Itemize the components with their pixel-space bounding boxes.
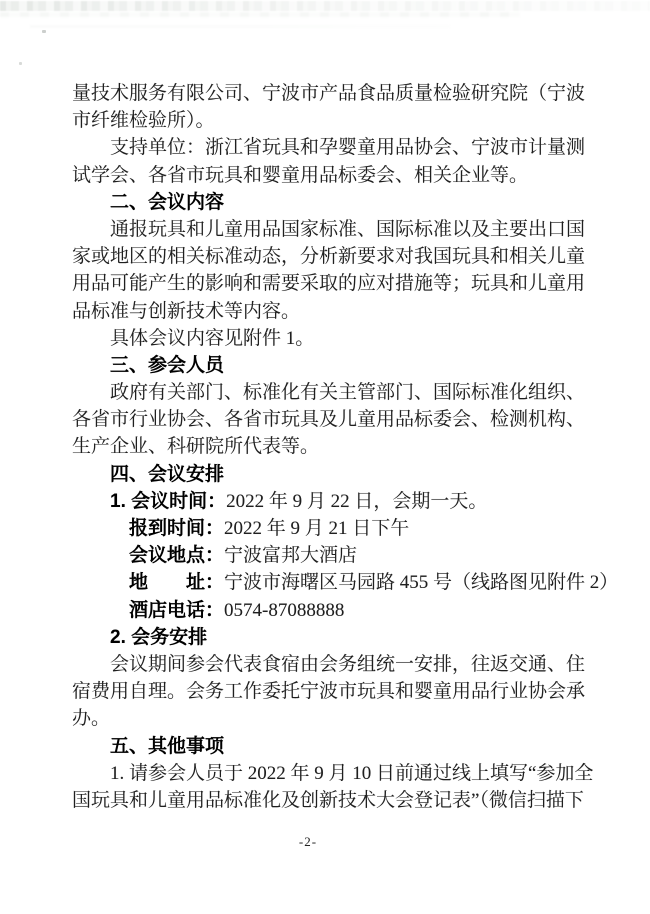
para-supporting-units: 试学会、各省市玩具和婴童用品标委会、相关企业等。 — [72, 162, 588, 189]
scan-artifact-band — [30, 25, 450, 28]
text: 1. 请参会人员于 2022 年 9 月 10 日前通过线上填写“参加全 — [110, 763, 593, 784]
field-label: 报到时间： — [129, 518, 224, 539]
heading-section-5-other-matters: 五、其他事项 — [72, 733, 588, 760]
text: 具体会议内容见附件 1。 — [110, 328, 314, 349]
text: 品标准与创新技术等内容。 — [72, 301, 300, 322]
text: 生产企业、科研院所代表等。 — [72, 436, 319, 457]
section-heading-text: 二、会议内容 — [110, 192, 224, 213]
line-address: 地 址：宁波市海曙区马园路 455 号（线路图见附件 2） — [72, 569, 588, 596]
para-meeting-content: 家或地区的相关标准动态，分析新要求对我国玩具和相关儿童 — [72, 243, 588, 270]
heading-conference-affairs: 2. 会务安排 — [72, 624, 588, 651]
section-heading-text: 三、参会人员 — [110, 355, 224, 376]
scan-speck — [42, 30, 46, 33]
section-heading-text: 五、其他事项 — [110, 736, 224, 757]
text: 支持单位：浙江省玩具和孕婴童用品协会、宁波市计量测 — [110, 137, 585, 158]
para-meeting-content: 通报玩具和儿童用品国家标准、国际标准以及主要出口国 — [72, 216, 588, 243]
para-organizers-continued: 市纤维检验所）。 — [72, 107, 588, 134]
para-conference-affairs: 宿费用自理。会务工作委托宁波市玩具和婴童用品行业协会承 — [72, 678, 588, 705]
text: 宿费用自理。会务工作委托宁波市玩具和婴童用品行业协会承 — [72, 681, 585, 702]
para-participants: 生产企业、科研院所代表等。 — [72, 433, 588, 460]
scan-artifact-band — [0, 1, 650, 11]
page-number: -2- — [0, 834, 616, 850]
para-organizers-continued: 量技术服务有限公司、宁波市产品食品质量检验研究院（宁波 — [72, 80, 588, 107]
document-page: 量技术服务有限公司、宁波市产品食品质量检验研究院（宁波 市纤维检验所）。 支持单… — [0, 0, 650, 914]
para-registration-notice: 国玩具和儿童用品标准化及创新技术大会登记表”（微信扫描下 — [72, 787, 588, 814]
para-conference-affairs: 会议期间参会代表食宿由会务组统一安排，往返交通、住 — [72, 651, 588, 678]
line-meeting-time: 1. 会议时间：2022 年 9 月 22 日，会期一天。 — [72, 488, 588, 515]
text: 试学会、各省市玩具和婴童用品标委会、相关企业等。 — [72, 165, 528, 186]
section-heading-text: 2. 会务安排 — [110, 627, 207, 648]
para-see-attachment-1: 具体会议内容见附件 1。 — [72, 325, 588, 352]
scan-speck — [19, 62, 22, 65]
text: 家或地区的相关标准动态，分析新要求对我国玩具和相关儿童 — [72, 246, 585, 267]
para-registration-notice: 1. 请参会人员于 2022 年 9 月 10 日前通过线上填写“参加全 — [72, 760, 588, 787]
text: 通报玩具和儿童用品国家标准、国际标准以及主要出口国 — [110, 219, 585, 240]
line-hotel-phone: 酒店电话：0574-87088888 — [72, 597, 588, 624]
field-value: 宁波富邦大酒店 — [224, 545, 357, 566]
text: 市纤维检验所）。 — [72, 110, 215, 131]
section-heading-text: 四、会议安排 — [110, 464, 224, 485]
text: 各省市行业协会、各省市玩具及儿童用品标委会、检测机构、 — [72, 409, 585, 430]
para-supporting-units: 支持单位：浙江省玩具和孕婴童用品协会、宁波市计量测 — [72, 134, 588, 161]
text: 用品可能产生的影响和需要采取的应对措施等；玩具和儿童用 — [72, 273, 585, 294]
para-meeting-content: 品标准与创新技术等内容。 — [72, 298, 588, 325]
document-body: 量技术服务有限公司、宁波市产品食品质量检验研究院（宁波 市纤维检验所）。 支持单… — [72, 80, 588, 814]
text: 会议期间参会代表食宿由会务组统一安排，往返交通、住 — [110, 654, 585, 675]
text: 办。 — [72, 708, 110, 729]
text: 量技术服务有限公司、宁波市产品食品质量检验研究院（宁波 — [72, 83, 585, 104]
field-label: 会议地点： — [129, 545, 224, 566]
field-label: 酒店电话： — [129, 600, 224, 621]
field-label: 1. 会议时间： — [110, 491, 226, 512]
line-checkin-time: 报到时间：2022 年 9 月 21 日下午 — [72, 515, 588, 542]
field-label: 地 址： — [129, 572, 224, 593]
text: 政府有关部门、标准化有关主管部门、国际标准化组织、 — [110, 382, 585, 403]
line-meeting-venue: 会议地点：宁波富邦大酒店 — [72, 542, 588, 569]
field-value: 2022 年 9 月 21 日下午 — [224, 518, 409, 539]
scan-artifact-band — [0, 12, 520, 17]
heading-section-4-meeting-arrangement: 四、会议安排 — [72, 461, 588, 488]
para-participants: 各省市行业协会、各省市玩具及儿童用品标委会、检测机构、 — [72, 406, 588, 433]
para-meeting-content: 用品可能产生的影响和需要采取的应对措施等；玩具和儿童用 — [72, 270, 588, 297]
field-value: 2022 年 9 月 22 日，会期一天。 — [226, 491, 487, 512]
heading-section-2-meeting-content: 二、会议内容 — [72, 189, 588, 216]
heading-section-3-participants: 三、参会人员 — [72, 352, 588, 379]
para-participants: 政府有关部门、标准化有关主管部门、国际标准化组织、 — [72, 379, 588, 406]
para-conference-affairs: 办。 — [72, 705, 588, 732]
field-value: 0574-87088888 — [224, 600, 344, 621]
field-value: 宁波市海曙区马园路 455 号（线路图见附件 2） — [224, 572, 618, 593]
text: 国玩具和儿童用品标准化及创新技术大会登记表”（微信扫描下 — [72, 790, 584, 811]
